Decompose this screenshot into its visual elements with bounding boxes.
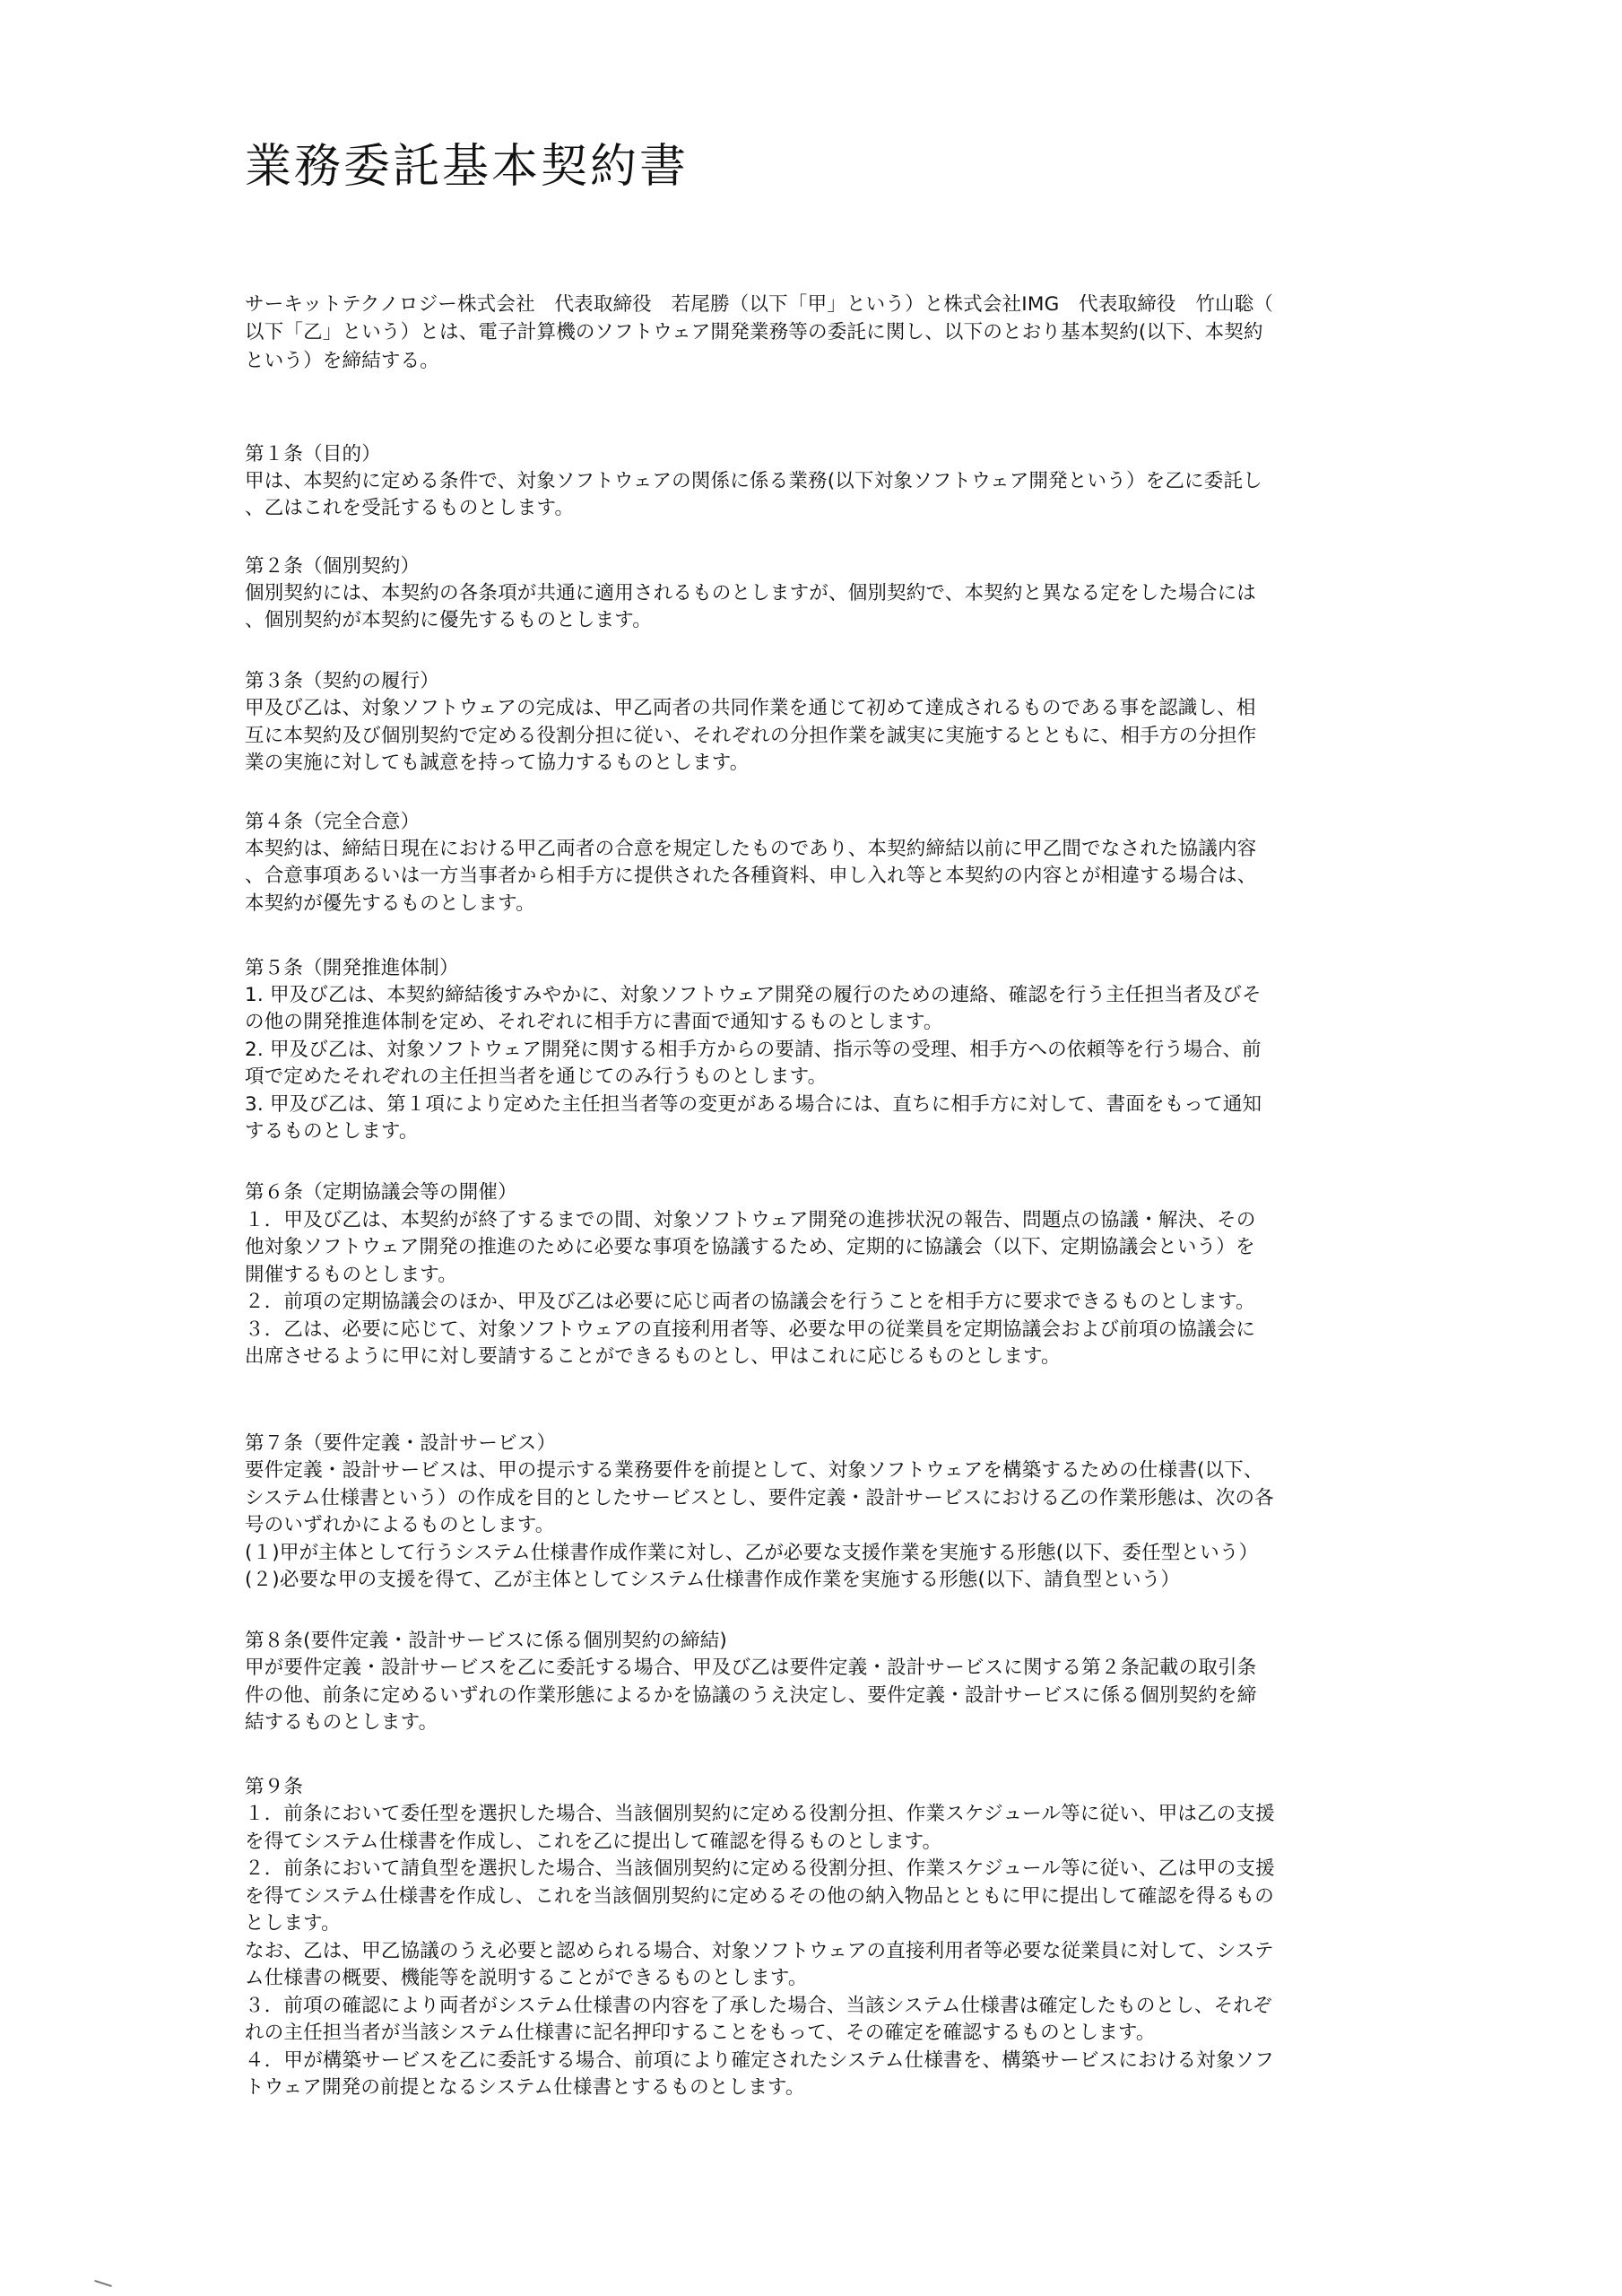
article-line: 結するものとします。 <box>245 1710 438 1735</box>
article-line: ３．前項の確認により両者がシステム仕様書の内容を了承した場合、当該システム仕様書… <box>245 1994 1272 2019</box>
article-line: 件の他、前条に定めるいずれの作業形態によるかを協議のうえ決定し、要件定義・設計サ… <box>245 1683 1256 1709</box>
article-heading: 第４条（完全合意） <box>245 810 420 835</box>
article-line: 、合意事項あるいは一方当事者から相手方に提供された各種資料、申し入れ等と本契約の… <box>245 864 1256 889</box>
article-line: ４．甲が構築サービスを乙に委託する場合、前項により確定されたシステム仕様書を、構… <box>245 2048 1274 2074</box>
article-line: れの主任担当者が当該システム仕様書に記名押印することをもって、その確定を確認する… <box>245 2021 1156 2046</box>
article-heading: 第６条（定期協議会等の開催） <box>245 1180 517 1205</box>
article-heading: 第５条（開発推進体制） <box>245 956 459 981</box>
article-line: 、個別契約が本契約に優先するものとします。 <box>245 608 652 633</box>
preamble-line: 以下「乙」という）とは、電子計算機のソフトウェア開発業務等の委託に関し、以下のと… <box>245 320 1263 345</box>
article-heading: 第７条（要件定義・設計サービス） <box>245 1431 556 1457</box>
article-heading: 第９条 <box>245 1775 303 1800</box>
article-line: 本契約が優先するものとします。 <box>245 891 535 917</box>
article-line: 1. 甲及び乙は、本契約締結後すみやかに、対象ソフトウェア開発の履行のための連絡… <box>245 983 1262 1008</box>
article-line: １．前条において委任型を選択した場合、当該個別契約に定める役割分担、作業スケジュ… <box>245 1802 1275 1827</box>
article-line: 他対象ソフトウェア開発の推進のために必要な事項を協議するため、定期的に協議会（以… <box>245 1235 1255 1260</box>
article-line: なお、乙は、甲乙協議のうえ必要と認められる場合、対象ソフトウェアの直接利用者等必… <box>245 1939 1274 1964</box>
preamble-line: サーキットテクノロジー株式会社 代表取締役 若尾勝（以下「甲」という）と株式会社… <box>245 292 1273 317</box>
article-line: 甲は、本契約に定める条件で、対象ソフトウェアの関係に係る業務(以下対象ソフトウェ… <box>245 469 1262 494</box>
article-line: 3. 甲及び乙は、第１項により定めた主任担当者等の変更がある場合には、直ちに相手… <box>245 1092 1262 1118</box>
document-title: 業務委託基本契約書 <box>245 128 689 196</box>
article-line: 号のいずれかによるものとします。 <box>245 1513 554 1538</box>
article-line: ３．乙は、必要に応じて、対象ソフトウェアの直接利用者等、必要な甲の従業員を定期協… <box>245 1318 1255 1343</box>
article-line: 2. 甲及び乙は、対象ソフトウェア開発に関する相手方からの要請、指示等の受理、相… <box>245 1038 1262 1063</box>
article-line: するものとします。 <box>245 1119 419 1144</box>
article-line: 項で定めたそれぞれの主任担当者を通じてのみ行うものとします。 <box>245 1065 827 1090</box>
article-line: ム仕様書の概要、機能等を説明することができるものとします。 <box>245 1966 808 1991</box>
article-line: を得てシステム仕様書を作成し、これを当該個別契約に定めるその他の納入物品とともに… <box>245 1884 1274 1909</box>
article-line: 、乙はこれを受託するものとします。 <box>245 496 574 521</box>
article-line: 甲が要件定義・設計サービスを乙に委託する場合、甲及び乙は要件定義・設計サービスに… <box>245 1656 1256 1681</box>
article-line: を得てシステム仕様書を作成し、これを乙に提出して確認を得るものとします。 <box>245 1830 941 1855</box>
article-line: ２．前項の定期協議会のほか、甲及び乙は必要に応じ両者の協議会を行うことを相手方に… <box>245 1290 1255 1315</box>
article-line: 本契約は、締結日現在における甲乙両者の合意を規定したものであり、本契約締結以前に… <box>245 837 1256 862</box>
article-line: 個別契約には、本契約の各条項が共通に適用されるものとしますが、個別契約で、本契約… <box>245 581 1256 606</box>
article-line: システム仕様書という）の作成を目的としたサービスとし、要件定義・設計サービスにお… <box>245 1486 1274 1511</box>
article-line: (１)甲が主体として行うシステム仕様書作成作業に対し、乙が必要な支援作業を実施す… <box>245 1541 1258 1566</box>
article-line: の他の開発推進体制を定め、それぞれに相手方に書面で通知するものとします。 <box>245 1010 943 1035</box>
article-line: 甲及び乙は、対象ソフトウェアの完成は、甲乙両者の共同作業を通じて初めて達成される… <box>245 696 1256 721</box>
article-line: １．甲及び乙は、本契約が終了するまでの間、対象ソフトウェア開発の進捗状況の報告、… <box>245 1208 1256 1233</box>
article-heading: 第３条（契約の履行） <box>245 669 439 694</box>
article-heading: 第２条（個別契約） <box>245 554 420 579</box>
article-line: 互に本契約及び個別契約で定める役割分担に従い、それぞれの分担作業を誠実に実施する… <box>245 724 1256 749</box>
article-line: ２．前条において請負型を選択した場合、当該個別契約に定める役割分担、作業スケジュ… <box>245 1857 1275 1882</box>
article-line: 開催するものとします。 <box>245 1263 457 1288</box>
article-line: 出席させるように甲に対し要請することができるものとし、甲はこれに応じるものとしま… <box>245 1344 1061 1370</box>
preamble-line: という）を締結する。 <box>245 349 439 374</box>
article-line: トウェア開発の前提となるシステム仕様書とするものとします。 <box>245 2075 805 2100</box>
article-line: (２)必要な甲の支援を得て、乙が主体としてシステム仕様書作成作業を実施する形態(… <box>245 1568 1180 1593</box>
article-heading: 第８条(要件定義・設計サービスに係る個別契約の締結) <box>245 1629 727 1654</box>
article-line: 業の実施に対しても誠意を持って協力するものとします。 <box>245 751 749 776</box>
article-heading: 第１条（目的） <box>245 442 381 467</box>
article-line: とします。 <box>245 1911 341 1936</box>
article-line: 要件定義・設計サービスは、甲の提示する業務要件を前提として、対象ソフトウェアを構… <box>245 1458 1263 1483</box>
scan-artifact <box>94 2280 112 2287</box>
